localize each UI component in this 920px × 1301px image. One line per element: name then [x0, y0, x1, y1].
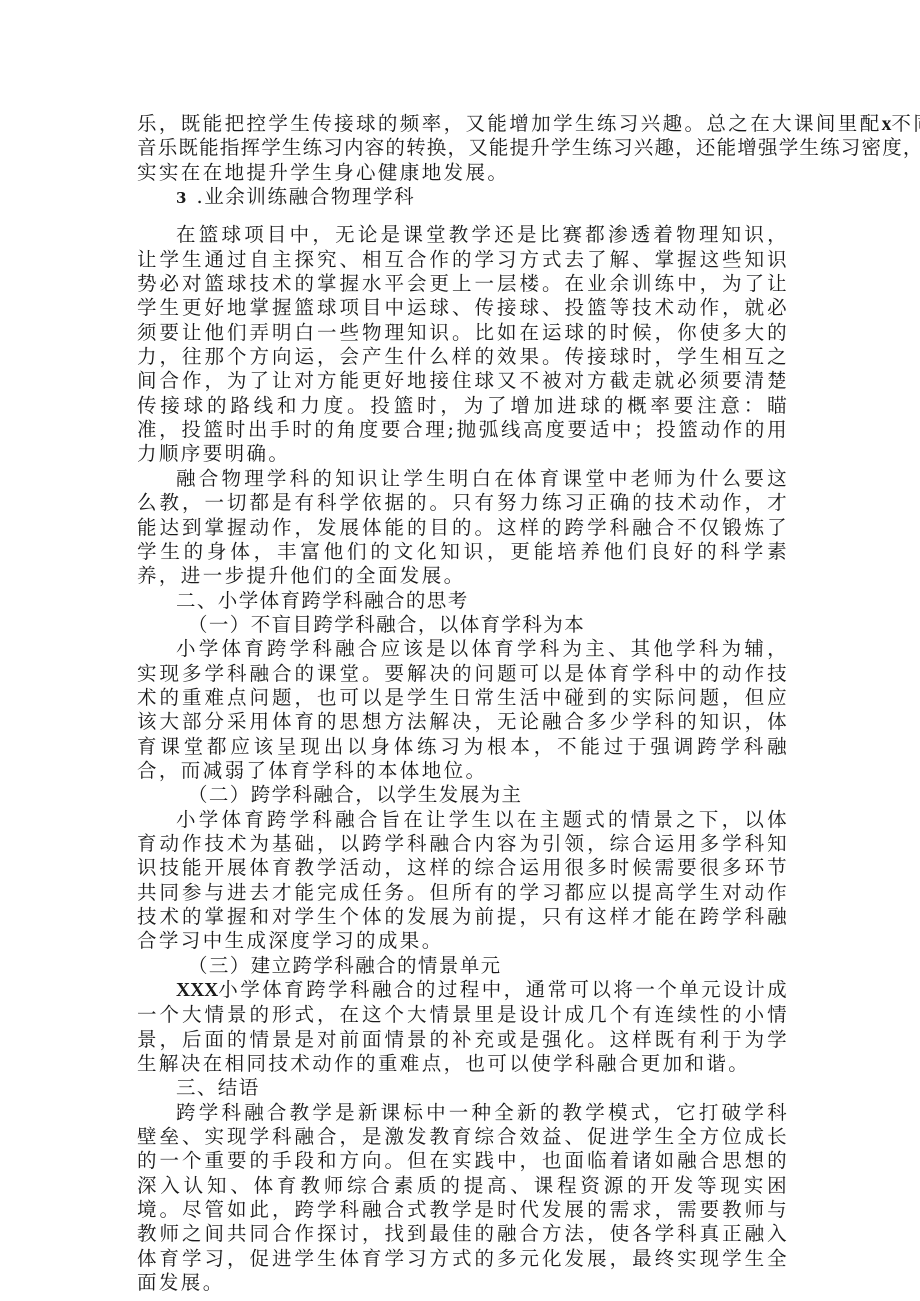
text-line: 实实在在地提升学生身心健康地发展。 [137, 161, 789, 185]
paragraph-subsection-3: XXX小学体育跨学科融合的过程中，通常可以将一个单元设计成一个大情景的形式，在这… [137, 978, 789, 1076]
section-heading-3: 三、结语 [137, 1076, 789, 1100]
subheading-3: 3.业余训练融合物理学科 [137, 185, 789, 209]
text-line: 音乐既能指挥学生练习内容的转换，又能提升学生练习兴趣，还能增强学生练习密度， [137, 136, 789, 160]
text-line: 乐，既能把控学生传接球的频率，又能增加学生练习兴趣。总之在大课间里配x不同的 [137, 112, 789, 136]
document-page: 乐，既能把控学生传接球的频率，又能增加学生练习兴趣。总之在大课间里配x不同的 音… [137, 112, 789, 1296]
inline-variable: XXX [176, 980, 218, 1001]
subsection-heading-3: （三）建立跨学科融合的情景单元 [137, 954, 789, 978]
subheading-number: 3 [176, 189, 186, 207]
subheading-text: .业余训练融合物理学科 [196, 185, 415, 208]
paragraph-continued: 乐，既能把控学生传接球的频率，又能增加学生练习兴趣。总之在大课间里配x不同的 音… [137, 112, 789, 185]
subsection-heading-2: （二）跨学科融合，以学生发展为主 [137, 783, 789, 807]
paragraph-subsection-2: 小学体育跨学科融合旨在让学生以在主题式的情景之下，以体育动作技术为基础，以跨学科… [137, 808, 789, 954]
paragraph-conclusion: 跨学科融合教学是新课标中一种全新的教学模式，它打破学科壁垒、实现学科融合，是激发… [137, 1101, 789, 1296]
paragraph-basketball-physics: 在篮球项目中，无论是课堂教学还是比赛都渗透着物理知识，让学生通过自主探究、相互合… [137, 223, 789, 466]
paragraph-subsection-1: 小学体育跨学科融合应该是以体育学科为主、其他学科为辅，实现多学科融合的课堂。要解… [137, 637, 789, 783]
paragraph-physics-integration: 融合物理学科的知识让学生明白在体育课堂中老师为什么要这么教，一切都是有科学依据的… [137, 467, 789, 589]
section-heading-2: 二、小学体育跨学科融合的思考 [137, 589, 789, 613]
inline-variable: x [882, 114, 892, 135]
subsection-heading-1: （一）不盲目跨学科融合，以体育学科为本 [137, 613, 789, 637]
